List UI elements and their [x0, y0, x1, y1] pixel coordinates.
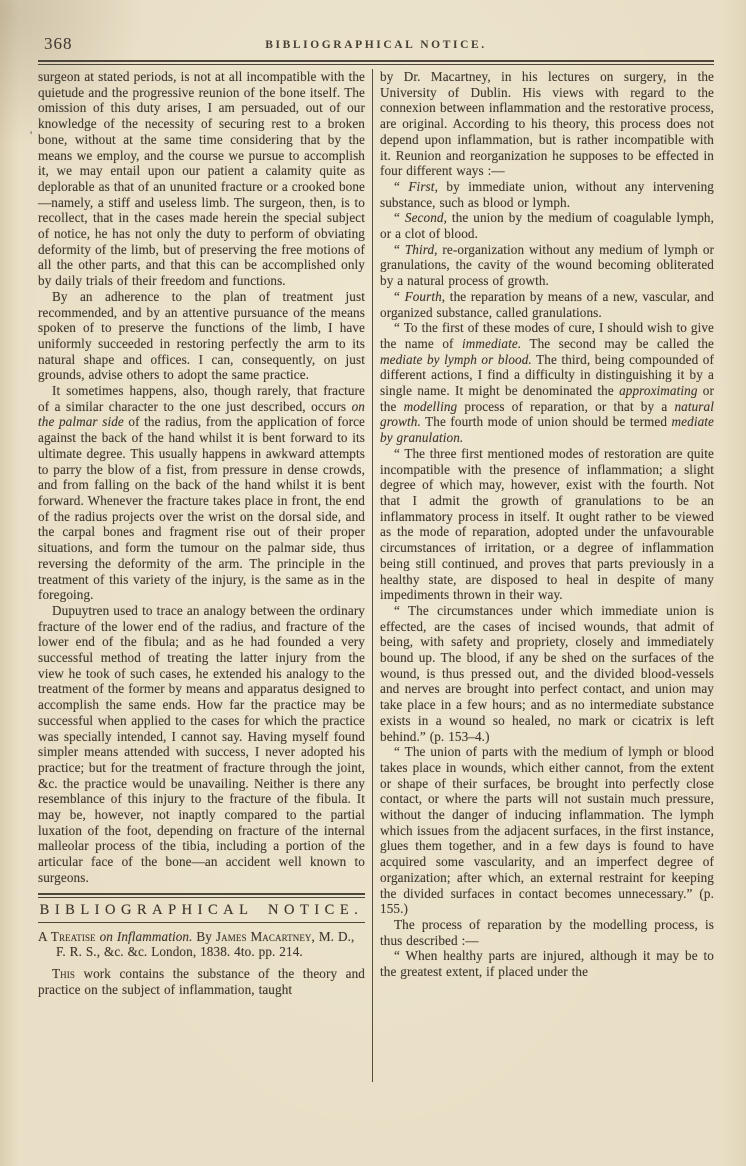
left-column: surgeon at stated periods, is not at all… — [38, 69, 365, 1124]
paragraph: “ Fourth, the reparation by means of a n… — [380, 289, 714, 320]
paragraph: by Dr. Macartney, in his lectures on sur… — [380, 69, 714, 179]
italic-text: Third — [405, 242, 434, 257]
text-run: by Dr. Macartney, in his lectures on sur… — [380, 69, 714, 178]
text-run: “ The union of parts with the medium of … — [380, 744, 714, 916]
column-divider — [372, 69, 373, 1082]
right-column-text: by Dr. Macartney, in his lectures on sur… — [380, 69, 714, 980]
paragraph: “ The union of parts with the medium of … — [380, 744, 714, 917]
left-column-text: surgeon at stated periods, is not at all… — [38, 69, 365, 886]
text-run: “ When healthy parts are injured, althou… — [380, 948, 714, 979]
paragraph: surgeon at stated periods, is not at all… — [38, 69, 365, 289]
text-columns: surgeon at stated periods, is not at all… — [38, 69, 714, 1124]
paragraph: “ Third, re-organization without any med… — [380, 242, 714, 289]
text-run: The process of reparation by the modelli… — [380, 917, 714, 948]
text-run: By — [193, 929, 216, 944]
text-run: of the radius, from the application of f… — [38, 414, 365, 602]
running-header: BIBLIOGRAPHICAL NOTICE. — [38, 39, 714, 51]
italic-text: on Inflammation. — [100, 929, 193, 944]
paragraph: “ Second, the union by the medium of coa… — [380, 210, 714, 241]
text-run: “ The three first mentioned modes of res… — [380, 446, 714, 602]
page-content: 368 BIBLIOGRAPHICAL NOTICE. surgeon at s… — [38, 28, 714, 1124]
section-heading-block: BIBLIOGRAPHICAL NOTICE. — [38, 893, 365, 923]
citation-text: A Treatise on Inflammation. By James Mac… — [38, 929, 365, 960]
right-column: by Dr. Macartney, in his lectures on sur… — [380, 69, 714, 1124]
paragraph: Dupuytren used to trace an analogy betwe… — [38, 603, 365, 886]
text-run: The fourth mode of union should be terme… — [421, 414, 672, 429]
margin-print-artifact: ' — [30, 128, 32, 143]
small-caps-text: This — [52, 966, 75, 981]
paragraph: The process of reparation by the modelli… — [380, 917, 714, 948]
paragraph: This work contains the substance of the … — [38, 966, 365, 997]
paragraph: It sometimes happens, also, though rarel… — [38, 383, 365, 603]
section-rule-bottom — [38, 922, 365, 923]
text-run: It sometimes happens, also, though rarel… — [38, 383, 365, 414]
page-header: 368 BIBLIOGRAPHICAL NOTICE. — [38, 28, 714, 60]
italic-text: mediate by lymph or blood. — [380, 352, 532, 367]
text-run: “ The circumstances under which immediat… — [380, 603, 714, 744]
header-rule — [38, 60, 714, 65]
italic-text: Second — [405, 210, 444, 225]
text-run: By an adherence to the plan of treatment… — [38, 289, 365, 383]
paragraph: “ First, by immediate union, without any… — [380, 179, 714, 210]
paragraph: “ To the first of these modes of cure, I… — [380, 320, 714, 446]
small-caps-text: Treatise — [51, 929, 96, 944]
paragraph: “ The three first mentioned modes of res… — [380, 446, 714, 603]
paragraph: “ The circumstances under which immediat… — [380, 603, 714, 744]
text-run: surgeon at stated periods, is not at all… — [38, 69, 365, 288]
text-run: work contains the substance of the theor… — [38, 966, 365, 997]
text-run: “ — [394, 289, 405, 304]
text-run: A — [38, 929, 51, 944]
italic-text: approximating — [619, 383, 697, 398]
italic-text: immediate. — [462, 336, 521, 351]
review-intro: This work contains the substance of the … — [38, 966, 365, 997]
book-page: ' 368 BIBLIOGRAPHICAL NOTICE. surgeon at… — [0, 0, 746, 1166]
section-title: BIBLIOGRAPHICAL NOTICE. — [38, 898, 365, 922]
text-run: “ — [394, 210, 405, 225]
text-run: “ — [394, 179, 408, 194]
italic-text: Fourth — [405, 289, 442, 304]
text-run: “ — [394, 242, 405, 257]
italic-text: modelling — [404, 399, 458, 414]
italic-text: First — [408, 179, 434, 194]
text-run: process of reparation, or that by a — [457, 399, 674, 414]
paragraph: By an adherence to the plan of treatment… — [38, 289, 365, 383]
paragraph: “ When healthy parts are injured, althou… — [380, 948, 714, 979]
text-run: The second may be called the — [521, 336, 714, 351]
small-caps-text: James Macartney — [216, 929, 312, 944]
text-run: Dupuytren used to trace an analogy betwe… — [38, 603, 365, 885]
book-citation: A Treatise on Inflammation. By James Mac… — [38, 929, 365, 960]
